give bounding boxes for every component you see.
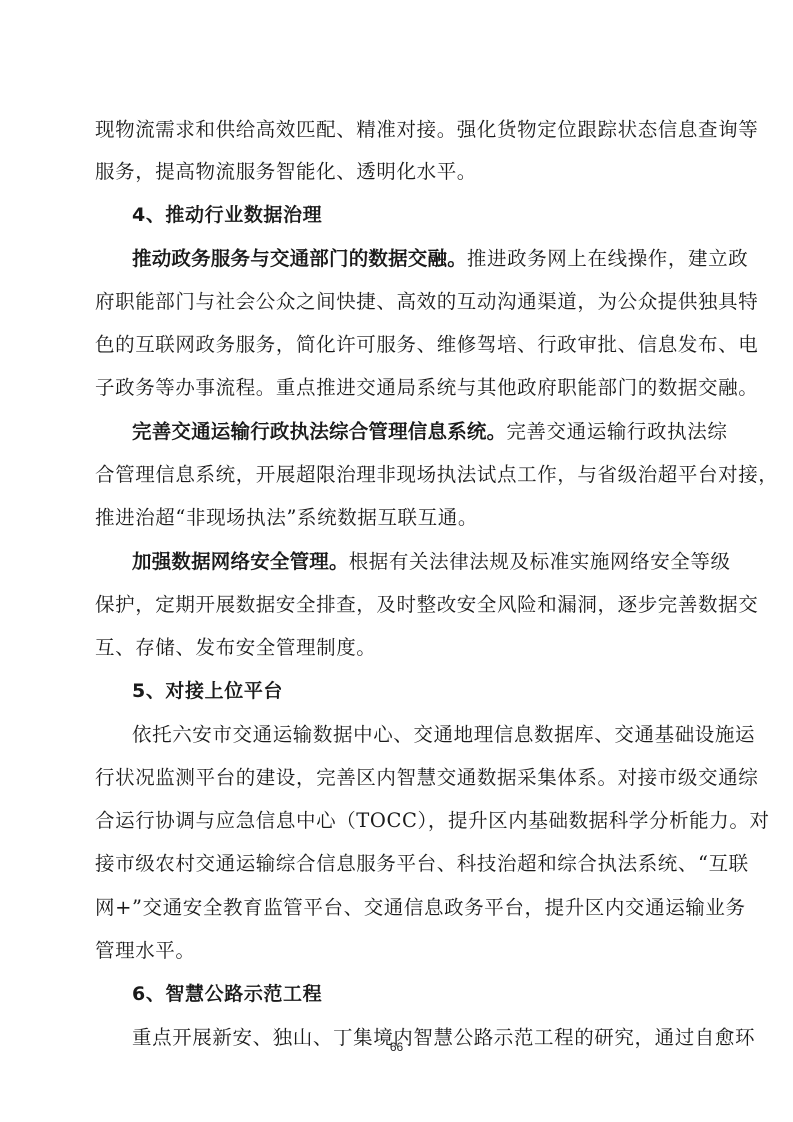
paragraph-text: 根据有关法律法规及标准实施网络安全等级	[349, 550, 731, 573]
section-heading-6: 6、智慧公路示范工程	[132, 982, 322, 1006]
paragraph-lead-bold: 加强数据网络安全管理。	[132, 550, 349, 573]
section-heading-5: 5、对接上位平台	[132, 679, 283, 703]
paragraph-data-fusion: 推动政务服务与交通部门的数据交融。推进政务网上在线操作，建立政	[132, 247, 748, 271]
body-text-line: 保护，定期开展数据安全排查，及时整改安全风险和漏洞，逐步完善数据交	[95, 593, 758, 617]
paragraph-enforcement-system: 完善交通运输行政执法综合管理信息系统。完善交通运输行政执法综	[132, 420, 727, 444]
body-text-line: 互、存储、发布安全管理制度。	[95, 636, 376, 660]
paragraph-lead-bold: 完善交通运输行政执法综合管理信息系统。	[132, 420, 506, 443]
body-text-line: 管理水平。	[95, 939, 196, 963]
body-text-line: 子政务等办事流程。重点推进交通局系统与其他政府职能部门的数据交融。	[95, 376, 758, 400]
body-text-line: 府职能部门与社会公众之间快捷、高效的互动沟通渠道，为公众提供独具特	[95, 290, 758, 314]
body-text-line: 行状况监测平台的建设，完善区内智慧交通数据采集体系。对接市级交通综	[95, 766, 758, 790]
paragraph-text: 完善交通运输行政执法综	[506, 420, 727, 443]
body-text-line: 合管理信息系统，开展超限治理非现场执法试点工作，与省级治超平台对接，	[95, 463, 778, 487]
paragraph-lead-bold: 推动政务服务与交通部门的数据交融。	[132, 247, 467, 270]
page-number: 66	[0, 1040, 793, 1054]
paragraph-network-security: 加强数据网络安全管理。根据有关法律法规及标准实施网络安全等级	[132, 550, 731, 574]
body-text-line: 服务，提高物流服务智能化、透明化水平。	[95, 160, 477, 184]
section-heading-4: 4、推动行业数据治理	[132, 203, 322, 227]
paragraph-text: 推进政务网上在线操作，建立政	[467, 247, 748, 270]
body-text-line: 接市级农村交通运输综合信息服务平台、科技治超和综合执法系统、“互联	[95, 852, 749, 876]
body-text-line: 推进治超“非现场执法”系统数据互联互通。	[95, 506, 478, 530]
body-text-line: 现物流需求和供给高效匹配、精准对接。强化货物定位跟踪状态信息查询等	[95, 118, 758, 142]
body-text-line: 色的互联网政务服务，简化许可服务、维修驾培、行政审批、信息发布、电	[95, 333, 758, 357]
body-text-line: 依托六安市交通运输数据中心、交通地理信息数据库、交通基础设施运	[132, 723, 755, 747]
body-text-line: 合运行协调与应急信息中心（TOCC），提升区内基础数据科学分析能力。对	[95, 809, 770, 833]
body-text-line: 网+”交通安全教育监管平台、交通信息政务平台，提升区内交通运输业务	[95, 896, 746, 920]
